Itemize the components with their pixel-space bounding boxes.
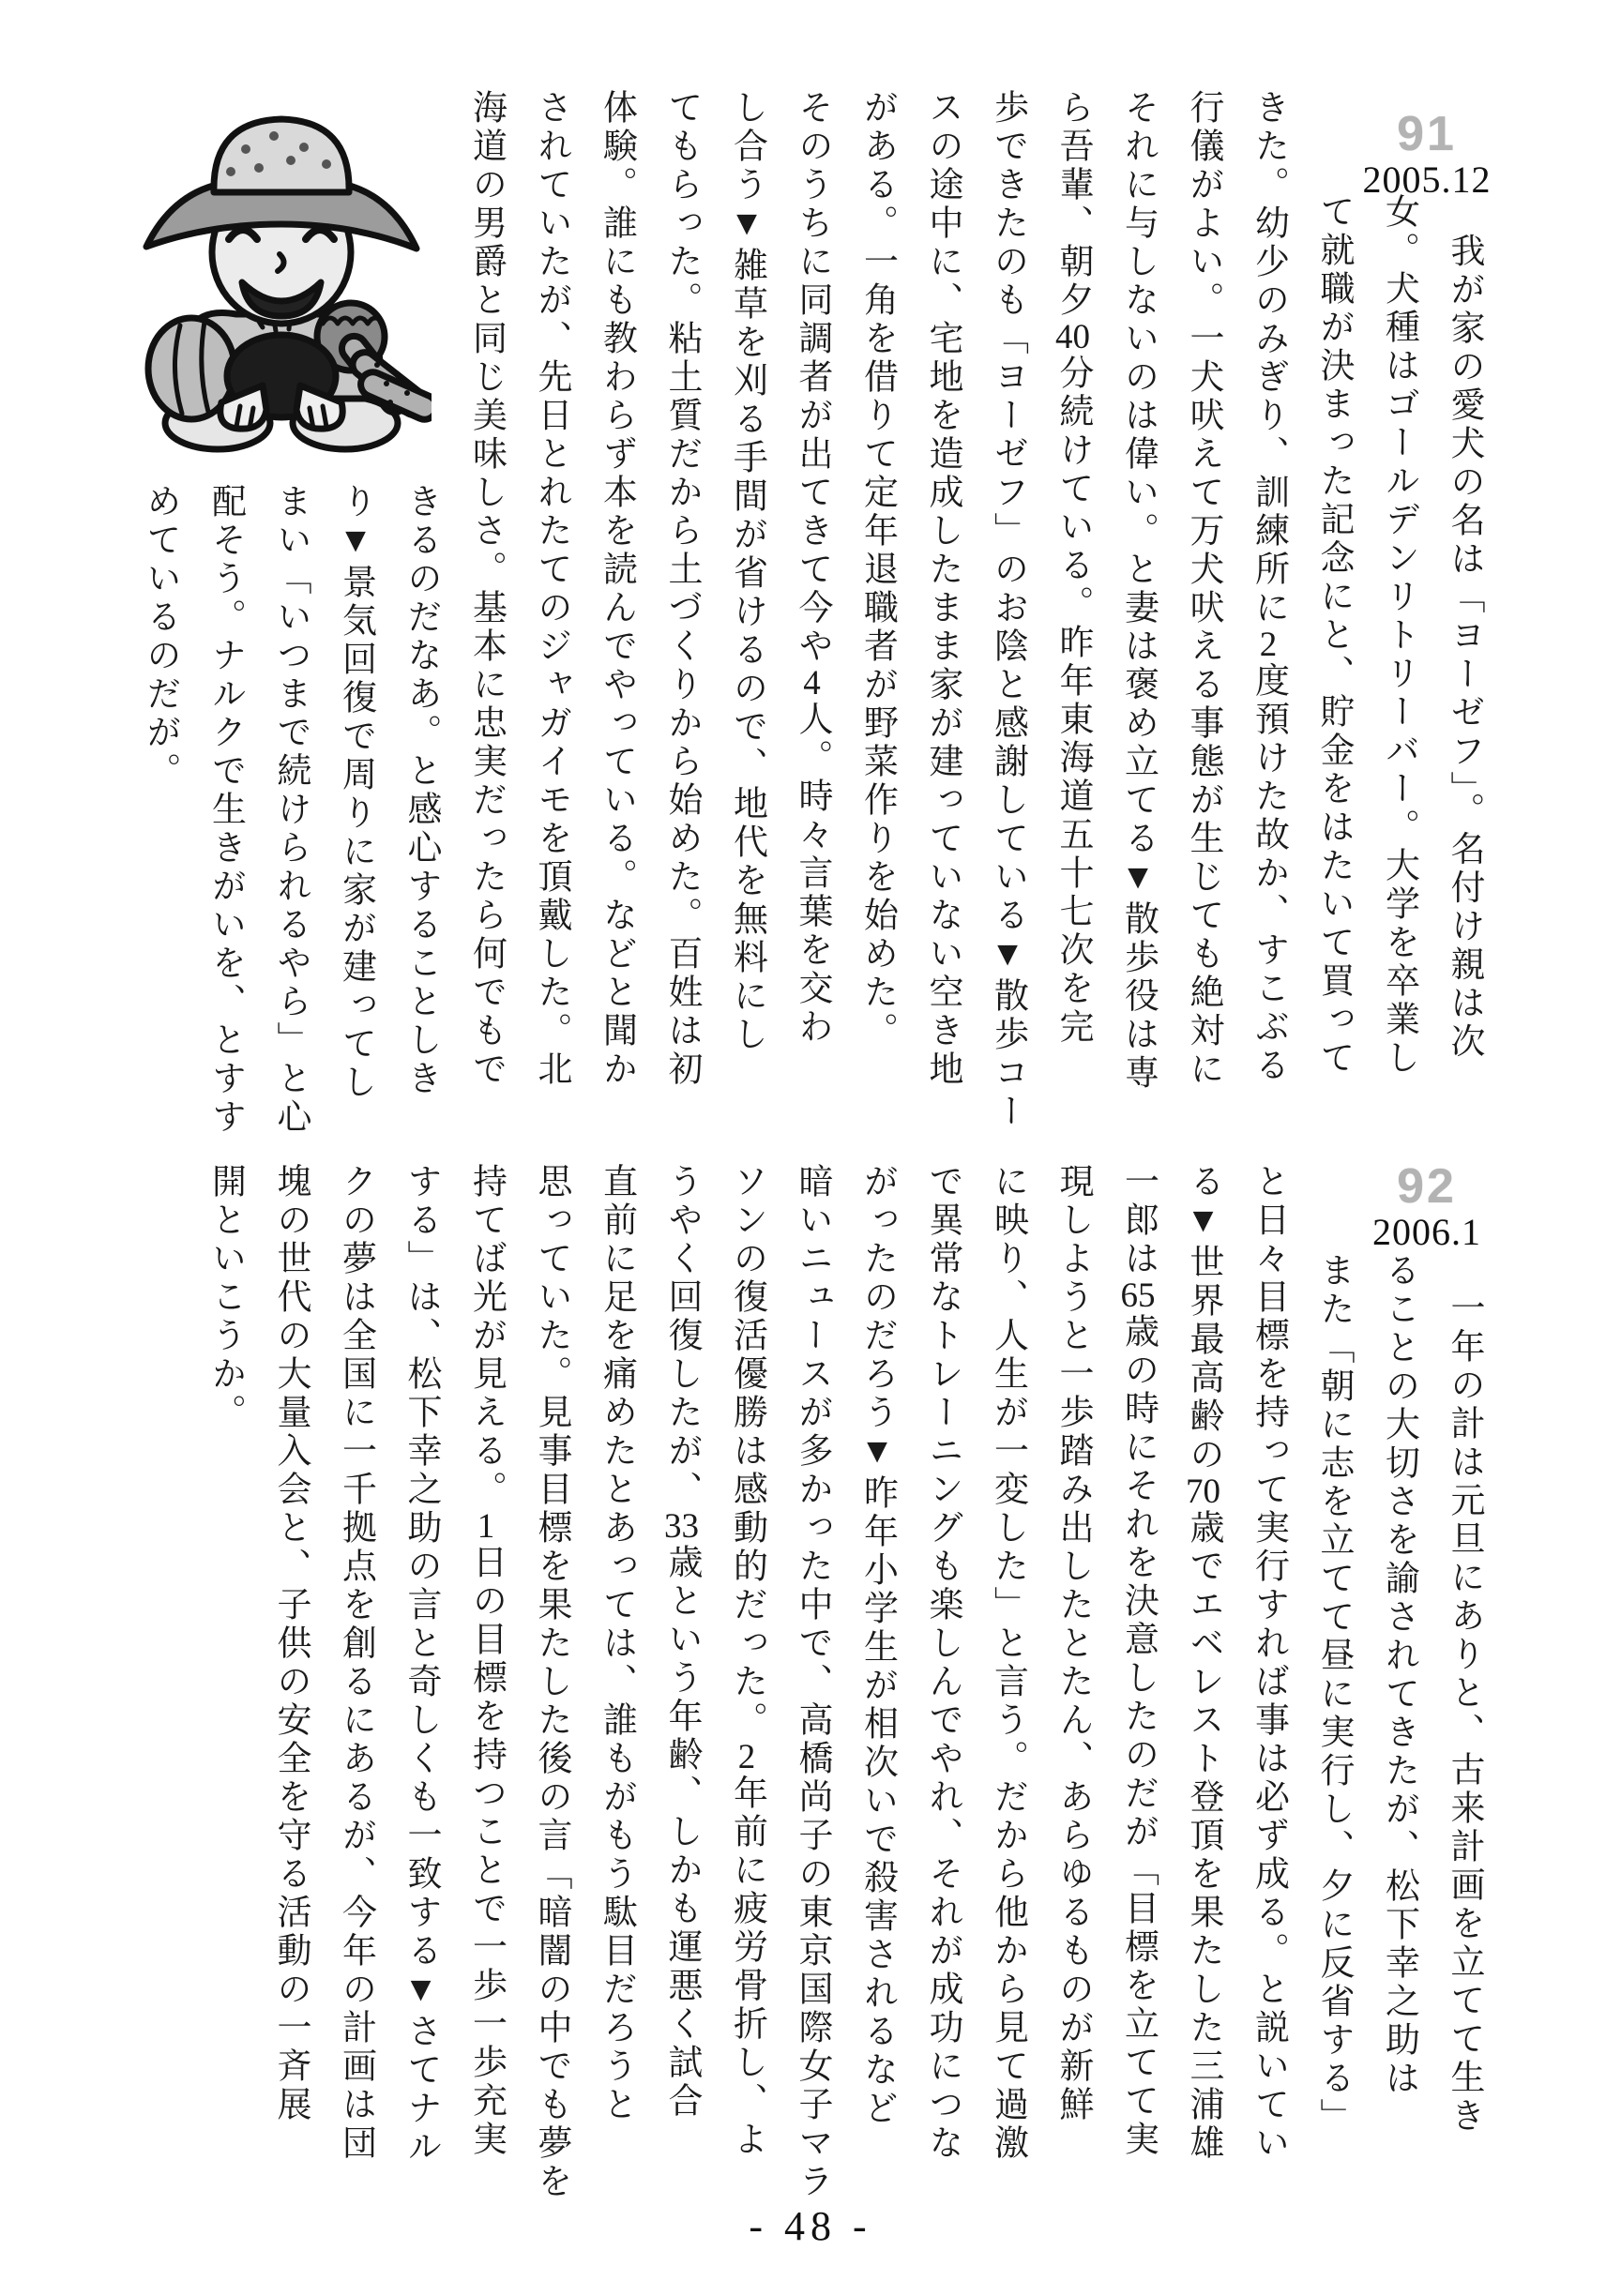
essay-91-column-5: 行儀がよい。一犬吠えて万犬吠える事態が生じても絶対に (1179, 89, 1226, 1089)
essay-92-number: 92 (1328, 1161, 1525, 1212)
essay-92-column-6: 一郎は65歳の時にそれを決意したのだが「目標を立てて実 (1114, 1163, 1161, 2159)
essay-91-column-13: てもらった。粘土質だから土づくりから始めた。百姓は初 (658, 89, 704, 1089)
essay-91-header: 91 2005.12 (1328, 109, 1525, 201)
essay-92-column-20: 開といこうか。 (202, 1163, 249, 1432)
essay-92-column-9: で異常なトレーニングも楽しんでやれ、それが成功につな (918, 1163, 965, 2163)
essay-91-column-21: めているのだが。 (136, 483, 183, 791)
essay-92-header: 92 2006.1 (1328, 1161, 1525, 1253)
essay-91-column-7: ら吾輩、朝夕40分続けている。昨年東海道五十七次を完 (1049, 89, 1096, 1047)
essay-91-column-17: きるのだなあ。と感心することしき (397, 483, 444, 1098)
essay-91-column-2: 女。犬種はゴールデンリトリーバー。大学を卒業し (1375, 193, 1422, 1078)
essay-91-column-18: り▼景気回復で周りに家が建ってし (332, 483, 379, 1102)
essay-92-column-12: ソンの復活優勝は感動的だった。2年前に疲労骨折し、よ (723, 1163, 770, 2159)
essay-92-column-13: うやく回復したが、33歳という年齢、しかも運悪く試合 (658, 1163, 704, 2121)
essay-92-column-4: と日々目標を持って実行すれば事は必ず成る。と説いてい (1245, 1163, 1292, 2163)
essay-92-column-7: 現しようと一歩踏み出したとたん、あらゆるものが新鮮 (1049, 1163, 1096, 2124)
farmer-with-vegetables-illustration (131, 106, 432, 455)
essay-91-column-4: きた。幼少のみぎり、訓練所に2度預けた故か、すこぶる (1245, 89, 1292, 1085)
essay-91-column-10: がある。一角を借りて定年退職者が野菜作りを始めた。 (854, 89, 901, 1050)
essay-91-column-20: 配そう。ナルクで生きがいを、とすす (202, 483, 249, 1137)
essay-92-column-10: がったのだろう▼昨年小学生が相次いで殺害されるなど (854, 1163, 901, 2128)
essay-91-column-14: 体験。誰にも教わらず本を読んでやっている。などと聞か (593, 89, 640, 1089)
essay-91-column-16: 海道の男爵と同じ美味しさ。基本に忠実だったら何でもで (462, 89, 509, 1089)
essay-92-column-1: 一年の計は元旦にありと、古来計画を立てて生き (1440, 1290, 1487, 2136)
essay-92-column-18: クの夢は全国に一千拠点を創るにあるが、今年の計画は団 (332, 1163, 379, 2163)
essay-92-column-17: する」は、松下幸之助の言と奇しくも一致する▼さてナル (397, 1163, 444, 2167)
essay-92-column-14: 直前に足を痛めたとあっては、誰もがもう駄目だろうと (593, 1163, 640, 2124)
essay-91-column-3: て就職が決まった記念にと、貯金をはたいて買って (1310, 193, 1356, 1078)
essay-92-column-5: る▼世界最高齢の70歳でエベレスト登頂を果たした三浦雄 (1179, 1163, 1226, 2163)
essay-92-column-3: また「朝に志を立てて昼に実行し、夕に反省する」 (1310, 1252, 1356, 2137)
essay-91-column-12: し合う▼雑草を刈る手間が省けるので、地代を無料にし (723, 89, 770, 1054)
essay-91-column-15: されていたが、先日とれたてのジャガイモを頂戴した。北 (527, 89, 574, 1089)
page-number: - 48 - (0, 2202, 1621, 2250)
essay-92-date: 2006.1 (1328, 1212, 1525, 1253)
essay-91-column-6: それに与しないのは偉い。と妻は褒め立てる▼散歩役は専 (1114, 89, 1161, 1093)
essay-91-date: 2005.12 (1328, 159, 1525, 201)
essay-92-column-11: 暗いニュースが多かった中で、高橋尚子の東京国際女子マラ (788, 1163, 835, 2201)
essay-91-column-9: スの途中に、宅地を造成したまま家が建っていない空き地 (918, 89, 965, 1089)
essay-91-column-1: 我が家の愛犬の名は「ヨーゼフ」。名付け親は次 (1440, 233, 1487, 1062)
essay-91-column-8: 歩できたのも「ヨーゼフ」のお陰と感謝している▼散歩コー (984, 89, 1031, 1131)
essay-91-column-11: そのうちに同調者が出てきて今や4人。時々言葉を交わ (788, 89, 835, 1047)
essay-92-column-16: 持てば光が見える。1日の目標を持つことで一歩一歩充実 (462, 1163, 509, 2159)
essay-92-column-19: 塊の世代の大量入会と、子供の安全を守る活動の一斉展 (266, 1163, 313, 2124)
essay-92-column-2: ることの大切さを諭されてきたが、松下幸之助は (1375, 1252, 1422, 2098)
scanned-book-page: 91 2005.12 92 2006.1 我が家の愛犬の名は「ヨーゼフ」。名付け… (0, 0, 1621, 2296)
essay-91-column-19: まい「いつまで続けられるやら」と心 (266, 483, 313, 1137)
essay-92-column-8: に映り、人生が一変した」と言う。だから他から見て過激 (984, 1163, 1031, 2163)
essay-92-column-15: 思っていた。見事目標を果たした後の言「暗闇の中でも夢を (527, 1163, 574, 2201)
essay-91-number: 91 (1328, 109, 1525, 159)
